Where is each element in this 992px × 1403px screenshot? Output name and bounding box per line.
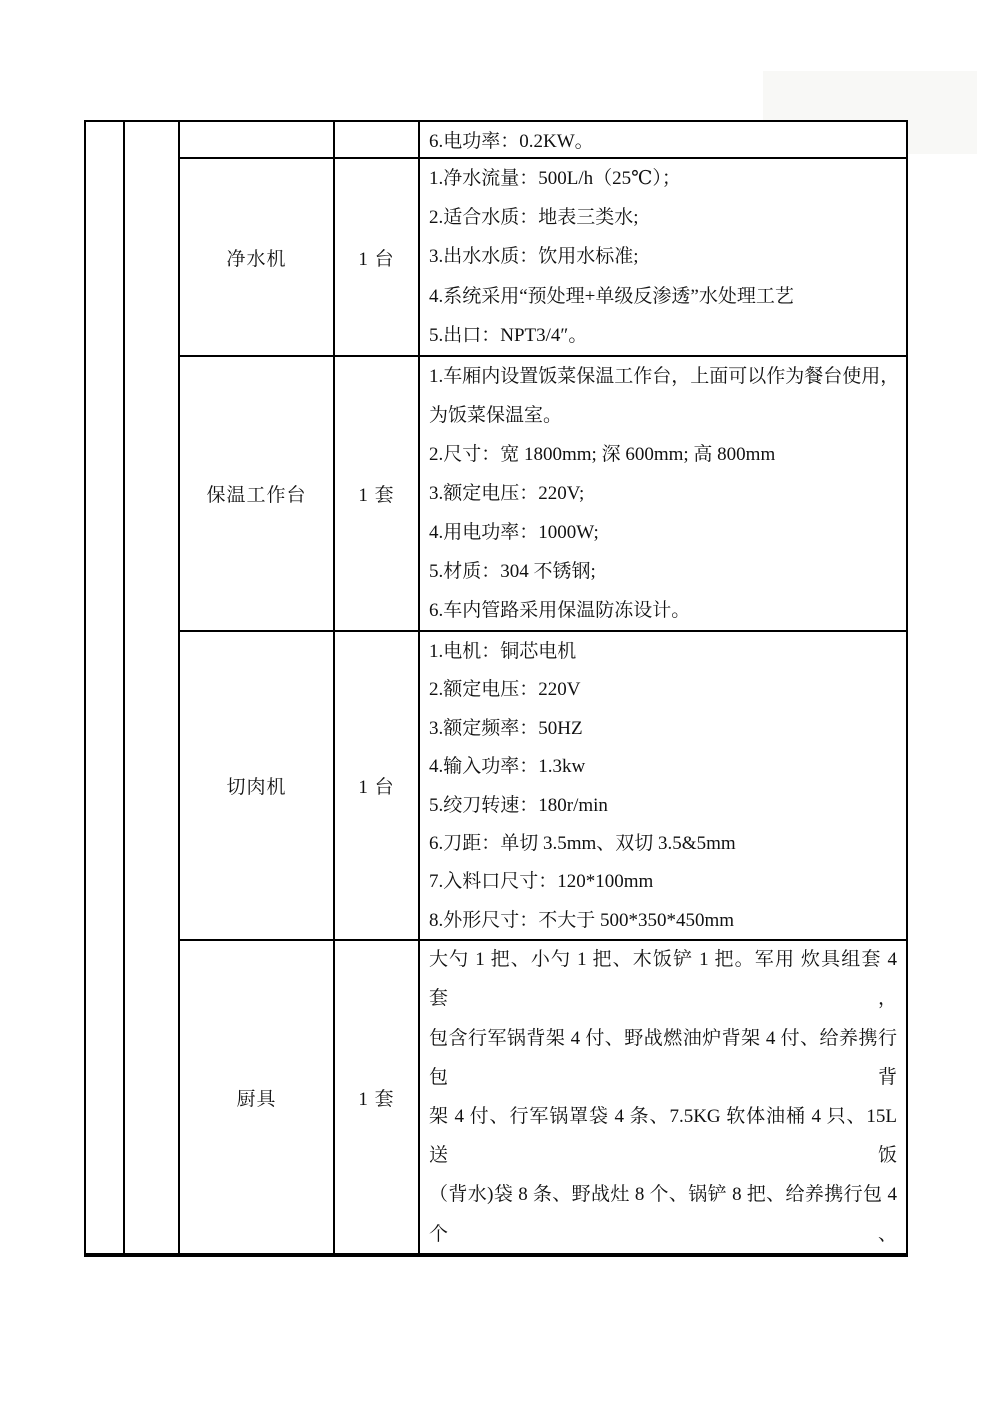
- spec-line: 6.车内管路采用保温防冻设计。: [429, 591, 897, 630]
- spec-line: 为饭菜保温室。: [429, 396, 897, 435]
- spec-line: 8.外形尺寸：不大于 500*350*450mm: [429, 901, 897, 939]
- spec-line: 1.电机：铜芯电机: [429, 632, 897, 670]
- equipment-qty: 1 台: [358, 772, 394, 799]
- equipment-qty: 1 套: [358, 1084, 394, 1111]
- spec-line: 大勺 1 把、小勺 1 把、木饭铲 1 把。军用 炊具组套 4 套，: [429, 941, 897, 1019]
- equipment-name-cell: 净水机: [180, 159, 335, 357]
- spec-line: 5.出口：NPT3/4″。: [429, 316, 897, 355]
- equipment-spec-cell: 6.电功率：0.2KW。: [420, 122, 906, 159]
- equipment-table: 6.电功率：0.2KW。 净水机 1 台 1.净水流量：500L/h（25℃）；…: [84, 120, 908, 1257]
- equipment-qty: 1 套: [358, 480, 394, 507]
- equipment-qty-cell: 1 台: [335, 632, 420, 941]
- spec-line: 1.车厢内设置饭菜保温工作台，上面可以作为餐台使用，下面: [429, 357, 897, 396]
- spec-line: 4.用电功率：1000W;: [429, 513, 897, 552]
- equipment-qty: 1 台: [358, 244, 394, 271]
- equipment-name-cell: 保温工作台: [180, 357, 335, 632]
- equipment-name-cell: [180, 122, 335, 159]
- equipment-name-cell: 厨具: [180, 941, 335, 1253]
- spec-line: 2.适合水质：地表三类水;: [429, 198, 897, 237]
- spec-line: 4.输入功率：1.3kw: [429, 747, 897, 785]
- spec-line: 6.刀距：单切 3.5mm、双切 3.5&5mm: [429, 824, 897, 862]
- spec-line: 3.出水水质：饮用水标准;: [429, 237, 897, 276]
- spec-line: 5.绞刀转速：180r/min: [429, 786, 897, 824]
- spec-line: 5.材质：304 不锈钢;: [429, 552, 897, 591]
- table-left-column-1-empty: [86, 122, 125, 1253]
- equipment-name: 保温工作台: [206, 480, 306, 507]
- spec-line: 架 4 付、行军锅罩袋 4 条、7.5KG 软体油桶 4 只、15L 送饭: [429, 1097, 897, 1175]
- equipment-qty-cell: 1 套: [335, 941, 420, 1253]
- equipment-spec-cell: 1.电机：铜芯电机2.额定电压：220V3.额定频率：50HZ4.输入功率：1.…: [420, 632, 906, 941]
- equipment-name: 厨具: [236, 1084, 276, 1111]
- spec-line: （背水)袋 8 条、野战灶 8 个、锅铲 8 把、给养携行包 4 个、: [429, 1175, 897, 1253]
- equipment-spec-cell: 配置厨具 1 套，包含面盆 1 个、洗菜盆 1 个、炒菜铲（大）1 个、炒菜铲（…: [420, 941, 906, 1253]
- table-left-column-2-empty: [125, 122, 180, 1253]
- equipment-spec-cell: 1.车厢内设置饭菜保温工作台，上面可以作为餐台使用，下面为饭菜保温室。2.尺寸：…: [420, 357, 906, 632]
- equipment-name: 切肉机: [226, 772, 286, 799]
- spec-line: 包含行军锅背架 4 付、野战燃油炉背架 4 付、给养携行包背: [429, 1019, 897, 1097]
- spec-line: 2.尺寸：宽 1800mm; 深 600mm; 高 800mm: [429, 435, 897, 474]
- equipment-qty-cell: [335, 122, 420, 159]
- equipment-name: 净水机: [226, 244, 286, 271]
- spec-line: 7.入料口尺寸：120*100mm: [429, 862, 897, 900]
- spec-line: 2.额定电压：220V: [429, 670, 897, 708]
- spec-line: 3.额定电压：220V;: [429, 474, 897, 513]
- spec-line: 4.系统采用“预处理+单级反渗透”水处理工艺: [429, 277, 897, 316]
- equipment-name-cell: 切肉机: [180, 632, 335, 941]
- equipment-qty-cell: 1 套: [335, 357, 420, 632]
- equipment-qty-cell: 1 台: [335, 159, 420, 357]
- spec-line: 1.净水流量：500L/h（25℃）；: [429, 159, 897, 198]
- equipment-spec-cell: 1.净水流量：500L/h（25℃）；2.适合水质：地表三类水;3.出水水质：饮…: [420, 159, 906, 357]
- spec-line: 3.额定频率：50HZ: [429, 709, 897, 747]
- spec-line: 6.电功率：0.2KW。: [429, 122, 897, 157]
